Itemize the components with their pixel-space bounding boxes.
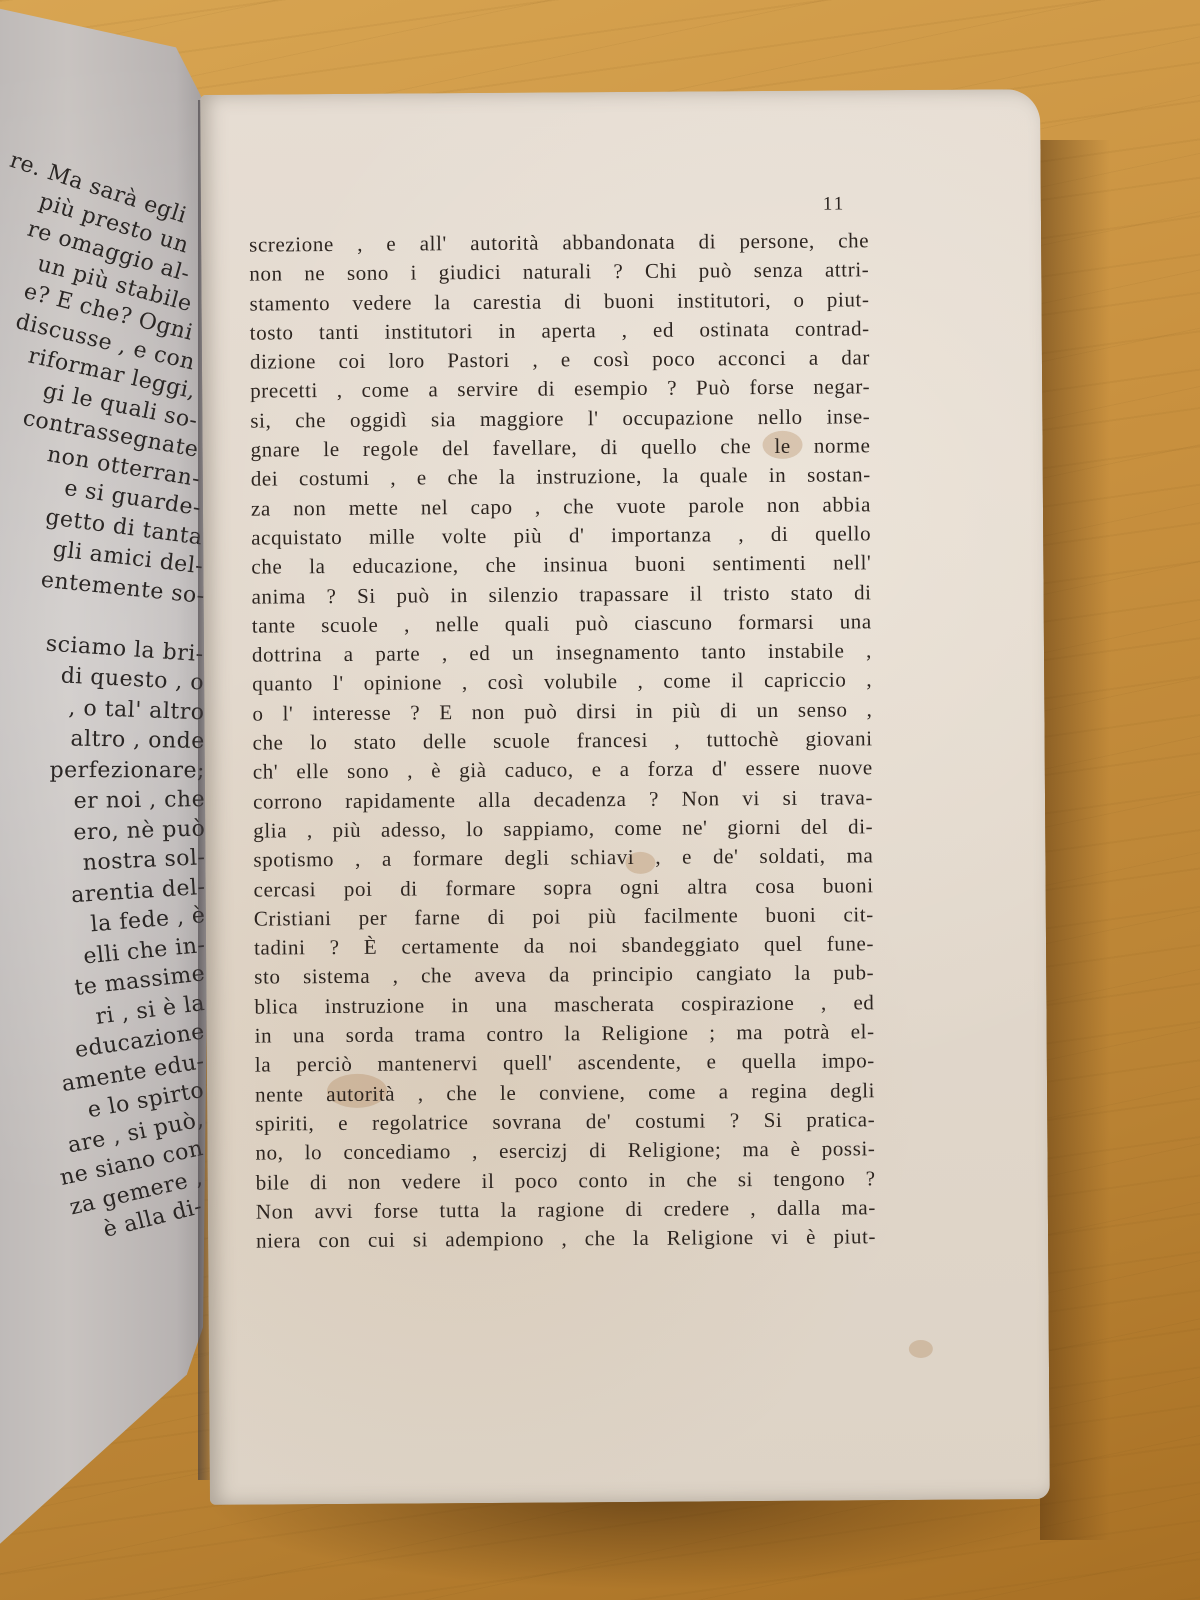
page-edge-shadow xyxy=(1040,140,1110,1540)
text-line: bile di non vedere il poco conto in che … xyxy=(256,1164,876,1198)
text-line: corrono rapidamente alla decadenza ? Non… xyxy=(253,783,873,817)
text-line: cercasi poi di formare sopra ogni altra … xyxy=(254,871,874,905)
text-line: tante scuole , nelle quali può ciascuno … xyxy=(252,607,872,641)
text-line: ch' elle sono , è già caduco, e a forza … xyxy=(253,754,873,788)
text-line: in una sorda trama contro la Religione ;… xyxy=(255,1017,875,1051)
text-line: si, che oggidì sia maggiore l' occupazio… xyxy=(250,402,870,436)
text-line: che lo stato delle scuole francesi , tut… xyxy=(253,724,873,758)
foxing-stain xyxy=(909,1340,933,1358)
text-line: quanto l' opinione , così volubile , com… xyxy=(252,666,872,700)
text-line: glia , più adesso, lo sappiamo, come ne'… xyxy=(253,812,873,846)
text-line: sto sistema , che aveva da principio can… xyxy=(254,959,874,993)
text-line: no, lo concediamo , esercizj di Religion… xyxy=(255,1134,875,1168)
text-line: dei costumi , e che la instruzione, la q… xyxy=(251,461,871,495)
text-line: non ne sono i giudici naturali ? Chi può… xyxy=(249,256,869,290)
text-line: spiriti, e regolatrice sovrana de' costu… xyxy=(255,1105,875,1139)
right-page: 11 screzione , e all' autorità abbandona… xyxy=(200,89,1050,1505)
text-line: nente autorità , che le conviene, come a… xyxy=(255,1076,875,1110)
text-line: niera con cui si adempiono , che la Reli… xyxy=(256,1222,876,1256)
text-line: tadini ? È certamente da noi sbandeggiat… xyxy=(254,929,874,963)
left-text-line: altro , onde xyxy=(0,725,205,754)
text-line: blica instruzione in una mascherata cosp… xyxy=(254,988,874,1022)
left-text-line: , o tal' altro xyxy=(0,693,205,725)
text-line: la perciò mantenervi quell' ascendente, … xyxy=(255,1047,875,1081)
text-line: Non avvi forse tutta la ragione di crede… xyxy=(256,1193,876,1227)
text-line: o l' interesse ? E non può dirsi in più … xyxy=(252,695,872,729)
left-page-text: re. Ma sarà eglipiù presto unre omaggio … xyxy=(0,0,220,1580)
text-line: dizione coi loro Pastori , e così poco a… xyxy=(250,343,870,377)
left-page: re. Ma sarà eglipiù presto unre omaggio … xyxy=(0,0,230,1580)
text-line: dottrina a parte , ed un insegnamento ta… xyxy=(252,636,872,670)
left-text-line: perfezionare; xyxy=(0,758,205,783)
left-text-line: nostra sol- xyxy=(0,845,206,880)
left-text-line: er noi , che xyxy=(0,787,205,815)
text-line: stamento vedere la carestia di buoni ins… xyxy=(249,285,869,319)
text-line: acquistato mille volte più d' importanza… xyxy=(251,519,871,553)
text-line: spotismo , a formare degli schiavi , e d… xyxy=(253,842,873,876)
text-line: che la educazione, che insinua buoni sen… xyxy=(251,549,871,583)
right-page-text: screzione , e all' autorità abbandonata … xyxy=(249,226,876,1256)
text-line: screzione , e all' autorità abbandonata … xyxy=(249,226,869,260)
text-line: za non mette nel capo , che vuote parole… xyxy=(251,490,871,524)
text-line: Cristiani per farne di poi più facilment… xyxy=(254,900,874,934)
text-line: anima ? Si può in silenzio trapassare il… xyxy=(251,578,871,612)
text-line: gnare le regole del favellare, di quello… xyxy=(250,431,870,465)
text-line: tosto tanti institutori in aperta , ed o… xyxy=(250,314,870,348)
page-number: 11 xyxy=(823,193,845,215)
left-text-line: ero, nè può xyxy=(0,816,206,848)
text-line: precetti , come a servire di esempio ? P… xyxy=(250,373,870,407)
